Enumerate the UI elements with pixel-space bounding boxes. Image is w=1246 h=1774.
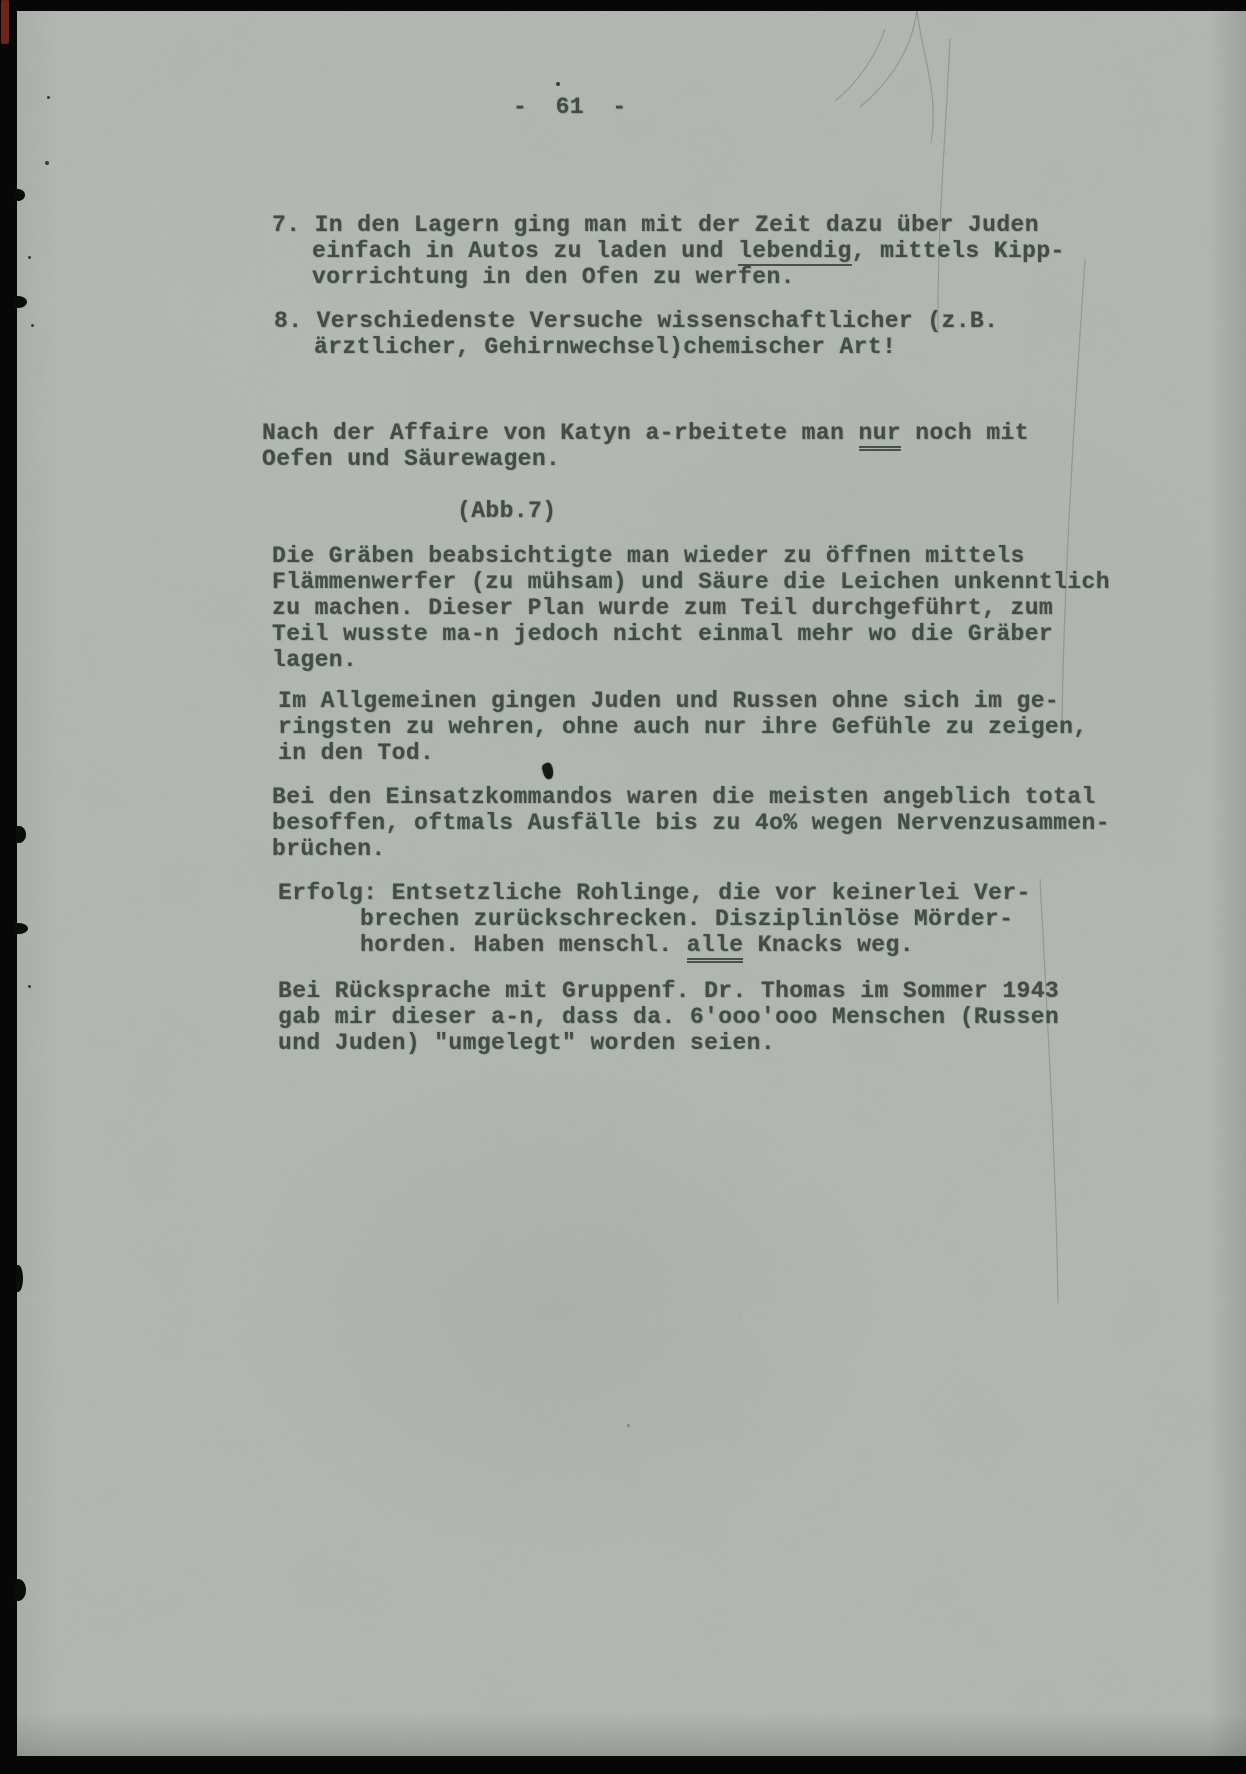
artifact-layer <box>0 0 1246 1774</box>
scanned-document: - 61 - 7. In den Lagern ging man mit der… <box>0 0 1246 1774</box>
red-edge-mark <box>1 0 9 44</box>
binding-mark <box>15 189 25 201</box>
paper-speck <box>556 82 560 86</box>
paper-speck <box>31 324 34 327</box>
binding-mark <box>14 923 28 934</box>
paper-speck <box>47 96 50 99</box>
paper-speck <box>627 1424 630 1427</box>
paper-speck <box>45 161 49 165</box>
paper-speck <box>28 985 31 988</box>
binding-mark <box>16 1265 23 1292</box>
ink-spot <box>541 762 555 780</box>
binding-mark <box>14 296 27 308</box>
paper-speck <box>28 256 31 259</box>
binding-mark <box>15 1579 26 1601</box>
binding-mark <box>16 826 26 843</box>
